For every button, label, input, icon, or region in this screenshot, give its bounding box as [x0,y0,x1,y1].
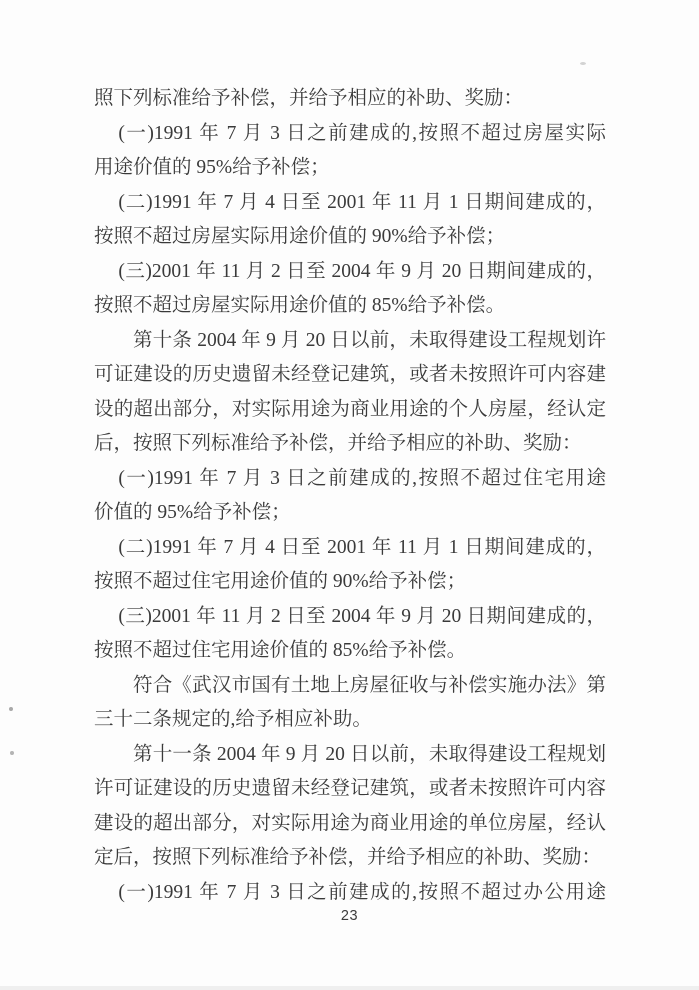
text-line: 定后，按照下列标准给予补偿，并给予相应的补助、奖励： [94,841,606,876]
text-line: 第十条 2004 年 9 月 20 日以前，未取得建设工程规划许 [94,324,606,359]
text-line: (一)1991 年 7 月 3 日之前建成的,按照不超过办公用途 [94,876,606,911]
text-line: 建设的超出部分，对实际用途为商业用途的单位房屋，经认 [94,807,606,842]
text-line: 设的超出部分，对实际用途为商业用途的个人房屋，经认定 [94,393,606,428]
scan-speck [9,707,13,711]
text-line: 按照不超过房屋实际用途价值的 90%给予补偿； [94,220,606,255]
text-line: (二)1991 年 7 月 4 日至 2001 年 11 月 1 日期间建成的， [94,531,606,566]
scan-speck [10,751,14,755]
text-line: 按照不超过住宅用途价值的 90%给予补偿； [94,565,606,600]
text-line: 第十一条 2004 年 9 月 20 日以前，未取得建设工程规划 [94,738,606,773]
text-line: 许可证建设的历史遗留未经登记建筑，或者未按照许可内容 [94,772,606,807]
text-line: 价值的 95%给予补偿； [94,496,606,531]
text-line: 用途价值的 95%给予补偿； [94,151,606,186]
text-line: 按照不超过住宅用途价值的 85%给予补偿。 [94,634,606,669]
scan-speck [580,62,586,65]
text-line: 可证建设的历史遗留未经登记建筑，或者未按照许可内容建 [94,358,606,393]
text-line: (一)1991 年 7 月 3 日之前建成的,按照不超过房屋实际 [94,117,606,152]
text-line: 三十二条规定的,给予相应补助。 [94,703,606,738]
text-line: 按照不超过房屋实际用途价值的 85%给予补偿。 [94,289,606,324]
document-page: 照下列标准给予补偿，并给予相应的补助、奖励： (一)1991 年 7 月 3 日… [0,0,699,990]
text-line: (一)1991 年 7 月 3 日之前建成的,按照不超过住宅用途 [94,462,606,497]
page-number: 23 [0,908,699,924]
text-line: 照下列标准给予补偿，并给予相应的补助、奖励： [94,82,606,117]
document-text-block: 照下列标准给予补偿，并给予相应的补助、奖励： (一)1991 年 7 月 3 日… [94,82,606,910]
text-line: 符合《武汉市国有土地上房屋征收与补偿实施办法》第 [94,669,606,704]
text-line: (三)2001 年 11 月 2 日至 2004 年 9 月 20 日期间建成的… [94,600,606,635]
text-line: (二)1991 年 7 月 4 日至 2001 年 11 月 1 日期间建成的， [94,186,606,221]
text-line: 后，按照下列标准给予补偿，并给予相应的补助、奖励： [94,427,606,462]
text-line: (三)2001 年 11 月 2 日至 2004 年 9 月 20 日期间建成的… [94,255,606,290]
scanned-document: { "page": { "number": "23", "background_… [0,0,699,990]
scan-edge-shade [0,986,699,990]
